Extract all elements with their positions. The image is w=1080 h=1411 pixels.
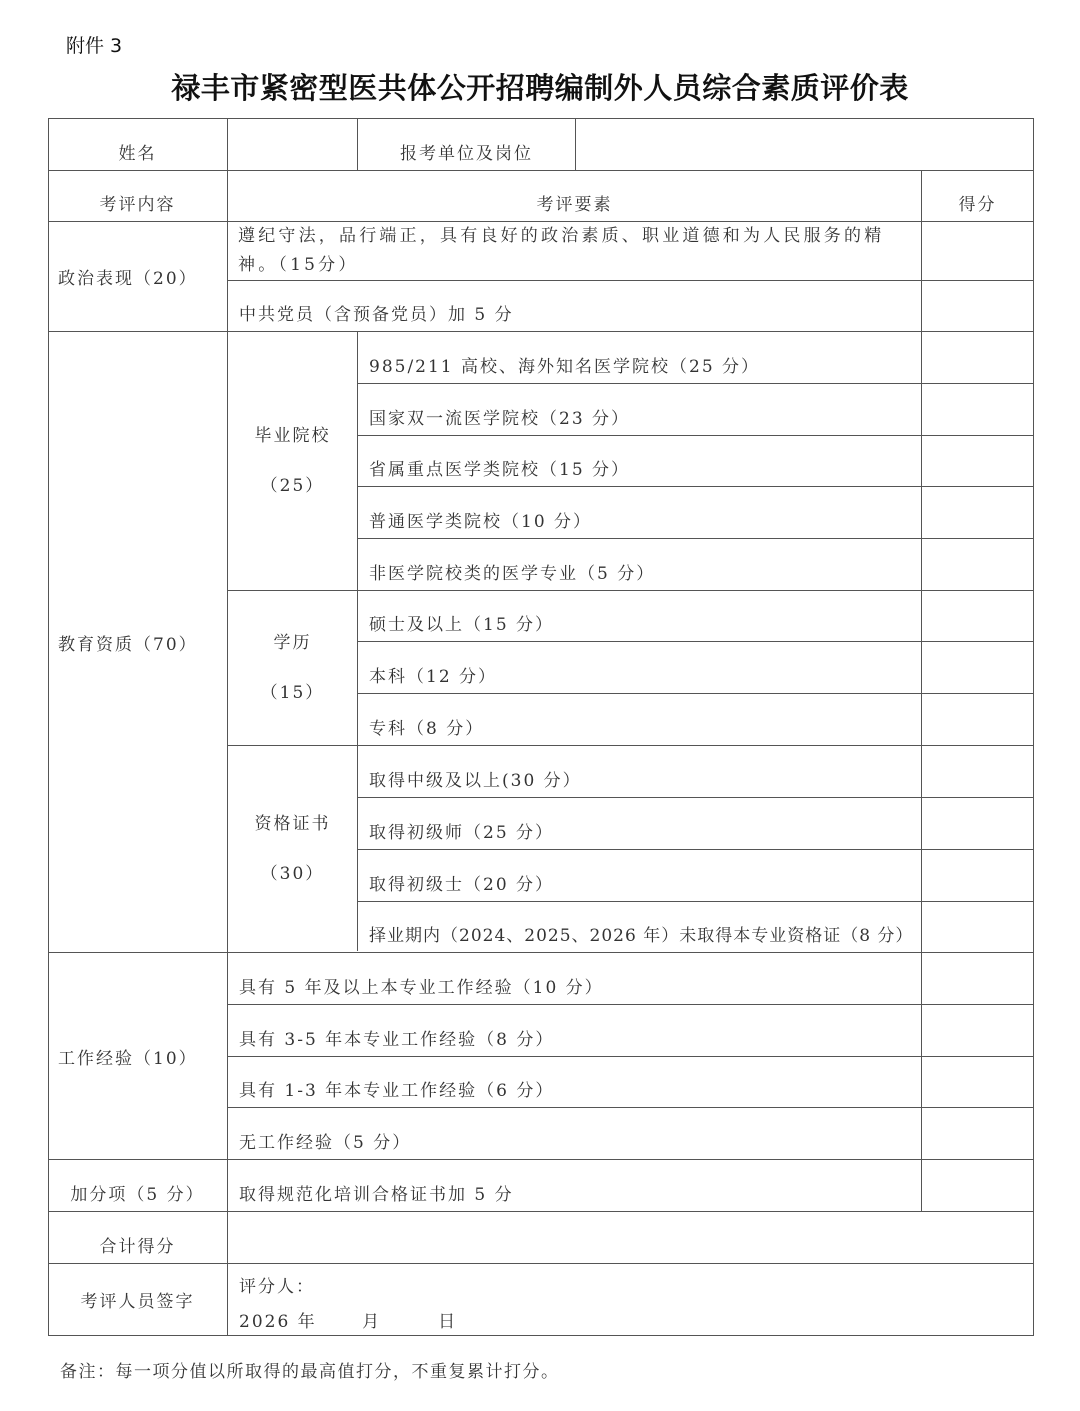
score-cell[interactable] <box>922 902 1033 952</box>
degree-label: 学历 <box>274 618 312 668</box>
signature-date[interactable]: 2026 年 月 日 <box>228 1303 1033 1335</box>
divider <box>228 1004 1033 1005</box>
certificates-item: 取得初级师（25 分） <box>358 812 921 849</box>
schools-group-label: 毕业院校 （25） <box>228 332 357 590</box>
footnote: 备注：每一项分值以所取得的最高值打分，不重复累计打分。 <box>60 1357 560 1382</box>
score-cell[interactable] <box>922 850 1033 901</box>
score-cell[interactable] <box>922 953 1033 1004</box>
degree-points: （15） <box>261 668 325 718</box>
total-score-field[interactable] <box>228 1212 1033 1263</box>
score-cell[interactable] <box>922 798 1033 849</box>
unit-position-label: 报考单位及岗位 <box>358 132 575 170</box>
schools-points: （25） <box>261 461 325 511</box>
unit-position-field[interactable] <box>576 118 1033 170</box>
certificates-group-label: 资格证书 （30） <box>228 746 357 952</box>
schools-item: 非医学院校类的医学专业（5 分） <box>358 553 921 590</box>
score-cell[interactable] <box>922 487 1033 538</box>
header-score: 得分 <box>922 184 1033 221</box>
name-label: 姓名 <box>48 132 227 170</box>
scorer-label: 评分人： <box>228 1268 1033 1300</box>
score-cell[interactable] <box>922 1108 1033 1159</box>
signature-label: 考评人员签字 <box>48 1264 227 1335</box>
score-cell[interactable] <box>922 642 1033 693</box>
score-cell[interactable] <box>922 1160 1033 1211</box>
political-item: 中共党员（含预备党员）加 5 分 <box>228 294 921 331</box>
score-cell[interactable] <box>922 591 1033 641</box>
score-cell[interactable] <box>922 332 1033 383</box>
political-label: 政治表现（20） <box>48 222 227 331</box>
schools-item: 国家双一流医学院校（23 分） <box>358 398 921 435</box>
table-border-right <box>1033 118 1034 1336</box>
score-cell[interactable] <box>922 694 1033 745</box>
degree-item: 本科（12 分） <box>358 656 921 693</box>
work-item: 具有 1-3 年本专业工作经验（6 分） <box>228 1070 921 1107</box>
name-field[interactable] <box>228 118 357 170</box>
work-item: 具有 3-5 年本专业工作经验（8 分） <box>228 1019 921 1056</box>
score-cell[interactable] <box>922 1057 1033 1107</box>
certificates-item: 取得中级及以上(30 分） <box>358 760 921 797</box>
education-label: 教育资质（70） <box>48 332 227 952</box>
page-title: 禄丰市紧密型医共体公开招聘编制外人员综合素质评价表 <box>0 66 1080 107</box>
score-cell[interactable] <box>922 384 1033 435</box>
work-item: 具有 5 年及以上本专业工作经验（10 分） <box>228 967 921 1004</box>
divider <box>48 1159 1033 1160</box>
score-cell[interactable] <box>922 436 1033 486</box>
score-cell[interactable] <box>922 281 1033 331</box>
score-cell[interactable] <box>922 746 1033 797</box>
header-elements: 考评要素 <box>228 184 921 221</box>
certificates-item: 取得初级士（20 分） <box>358 864 921 901</box>
total-label: 合计得分 <box>48 1225 227 1263</box>
certificates-label: 资格证书 <box>255 799 331 849</box>
divider <box>48 170 1033 171</box>
schools-item: 985/211 高校、海外知名医学院校（25 分） <box>358 346 921 383</box>
score-cell[interactable] <box>922 1005 1033 1056</box>
bonus-label: 加分项（5 分） <box>48 1173 227 1211</box>
work-item: 无工作经验（5 分） <box>228 1122 921 1159</box>
evaluation-table: 姓名 报考单位及岗位 考评内容 考评要素 得分 政治表现（20） 遵纪守法，品行… <box>48 118 1033 1335</box>
bonus-item: 取得规范化培训合格证书加 5 分 <box>228 1173 921 1211</box>
schools-label: 毕业院校 <box>255 411 331 461</box>
header-content: 考评内容 <box>48 184 227 221</box>
schools-item: 省属重点医学类院校（15 分） <box>358 449 921 486</box>
attachment-label: 附件 3 <box>66 31 122 58</box>
degree-item: 硕士及以上（15 分） <box>358 604 921 641</box>
divider <box>228 1056 1033 1057</box>
certificates-points: （30） <box>261 849 325 899</box>
score-cell[interactable] <box>922 539 1033 590</box>
schools-item: 普通医学类院校（10 分） <box>358 501 921 538</box>
degree-group-label: 学历 （15） <box>228 591 357 745</box>
divider <box>228 1107 1033 1108</box>
certificates-item: 择业期内（2024、2025、2026 年）未取得本专业资格证（8 分） <box>358 915 921 952</box>
degree-item: 专科（8 分） <box>358 708 921 745</box>
table-border-bottom <box>48 1335 1033 1336</box>
political-item: 遵纪守法，品行端正，具有良好的政治素质、职业道德和为人民服务的精神。（15分） <box>228 222 921 280</box>
work-label: 工作经验（10） <box>48 953 227 1159</box>
score-cell[interactable] <box>922 222 1033 280</box>
divider <box>228 280 1033 281</box>
